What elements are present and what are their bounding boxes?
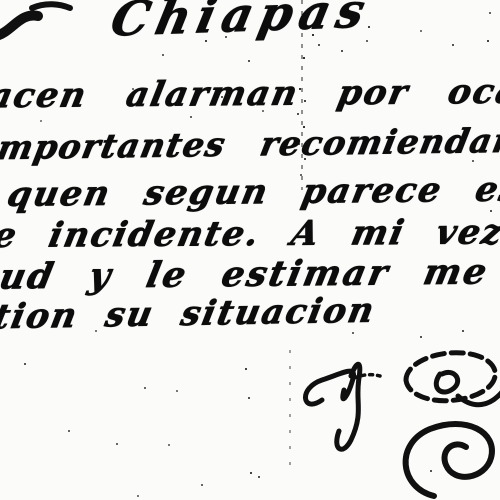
letter-header-place-word: Chiapas (106, 0, 376, 48)
handwritten-line-5: ud y le estimar me (0, 251, 493, 297)
handwritten-line-4: e incidente. A mi vez e (0, 212, 500, 256)
handwritten-line-6: tion su situacion (0, 291, 379, 338)
handwritten-line-1: acen alarman por oca (0, 72, 500, 117)
handwritten-line-2: importantes recomiendan al (0, 120, 500, 168)
corner-penstroke-flourish (0, 0, 84, 46)
scanned-letter-page: Chiapas acen alarman por oca importantes… (0, 0, 500, 500)
handwritten-line-3: quen segun parece esta (4, 169, 500, 215)
signature-flourish (288, 336, 500, 500)
